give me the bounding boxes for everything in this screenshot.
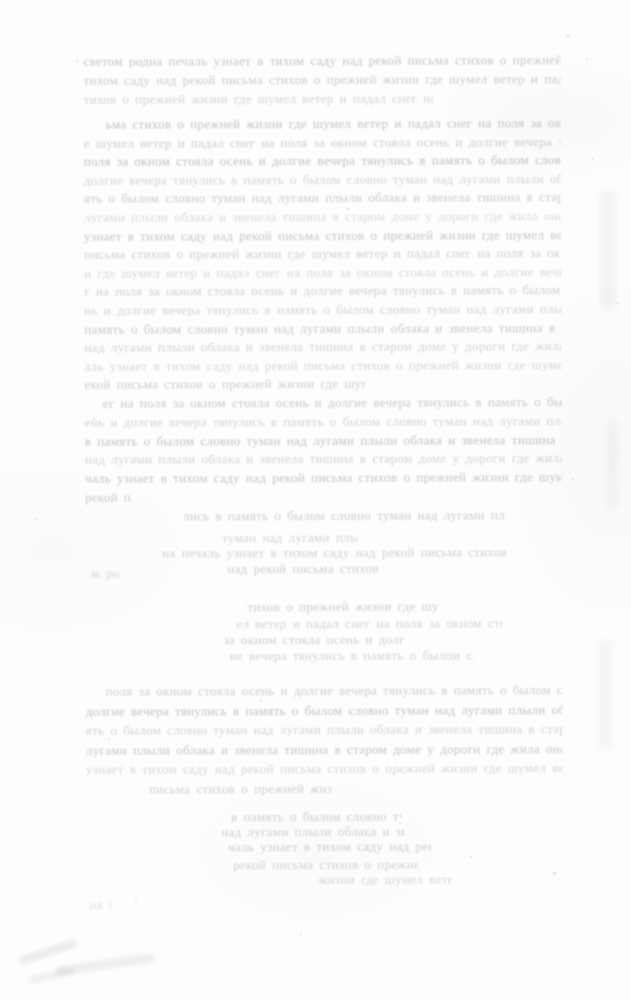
verse-stanza-3-line-3: чаль узнает в тихом саду над рекой пи: [228, 840, 431, 855]
paragraph-2-line-6: лугами плыли облака и звенела тишина в с…: [84, 209, 561, 225]
verse-stanza-3-line-4: рекой письма стихов о прежней жизн: [233, 858, 418, 873]
paragraph-3-line-6: рекой письма: [85, 491, 131, 505]
paragraph-3: ег на поля за окном стояла осень и долги…: [0, 0, 629, 1]
verse-stanza-1-line-2: туман над лугами плыли обл: [222, 531, 357, 545]
scan-speck-7: [592, 158, 594, 160]
paragraph-2-line-12: память о былом словно туман над лугами п…: [84, 321, 561, 337]
scan-smudge-5: [606, 420, 619, 510]
paragraph-2-line-10: г на поля за окном стояла осень и долгие…: [84, 284, 561, 300]
paragraph-2: ьма стихов о прежней жизни где шумел вет…: [0, 0, 629, 1]
verse-stanza-1: лись в память о былом словно туман над л…: [0, 0, 629, 1]
paragraph-2-line-9: и где шумел ветер и падал снег на поля з…: [84, 265, 561, 281]
marginal-mark-2-line-1: на печал: [89, 898, 113, 912]
verse-stanza-2-line-3: за окном стояла осень и долгие в: [223, 633, 404, 648]
paragraph-4-line-1: поля за окном стояла осень и долгие вече…: [106, 683, 563, 699]
verse-stanza-1-line-4: над рекой письма стихов о пр: [227, 562, 383, 577]
paragraph-2-line-8: письма стихов о прежней жизни где шумел …: [84, 246, 561, 262]
scanned-text-layer: светом родна печаль узнает в тихом саду …: [0, 0, 631, 1000]
paragraph-3-line-3: в память о былом словно туман над лугами…: [85, 433, 562, 449]
paragraph-4-line-4: лугами плыли облака и звенела тишина в с…: [86, 742, 563, 758]
verse-stanza-3: в память о былом словно туман н над луга…: [0, 0, 629, 1]
verse-stanza-3-line-5: жизни где шумел ветер и п: [318, 873, 451, 887]
verse-stanza-3-line-2: над лугами плыли облака и звенела: [221, 825, 404, 840]
paragraph-2-line-1: ьма стихов о прежней жизни где шумел вет…: [106, 116, 561, 132]
paragraph-1: светом родна печаль узнает в тихом саду …: [0, 0, 629, 1]
scan-speck-2: [76, 60, 78, 62]
paragraph-2-line-5: ять о былом словно туман над лугами плыл…: [84, 191, 561, 207]
marginal-mark-2: на печал: [0, 0, 629, 1]
paragraph-2-line-4: долгие вечера тянулись в память о былом …: [84, 172, 561, 188]
scan-speck-13: [572, 478, 574, 480]
paragraph-2-line-3: поля за окном стояла осень и долгие вече…: [84, 153, 561, 169]
paragraph-4-line-5: узнает в тихом саду над рекой письма сти…: [86, 761, 563, 777]
paragraph-2-line-14: аль узнает в тихом саду над рекой письма…: [85, 358, 562, 374]
scan-speck-10: [470, 856, 472, 858]
paragraph-2-line-11: нь и долгие вечера тянулись в память о б…: [84, 302, 561, 318]
scan-smudge-4: [600, 190, 616, 310]
scan-speck-8: [36, 518, 38, 520]
marginal-mark-1: м родна п: [0, 0, 629, 1]
paragraph-4-line-3: ять о былом словно туман над лугами плыл…: [86, 722, 563, 738]
paragraph-2-line-2: е шумел ветер и падал снег на поля за ок…: [84, 135, 561, 151]
scan-speck-5: [93, 418, 95, 420]
scanned-page: светом родна печаль узнает в тихом саду …: [0, 0, 631, 1000]
scan-speck-16: [586, 58, 588, 60]
scan-speck-1: [567, 35, 569, 37]
scan-speck-14: [617, 302, 619, 304]
verse-stanza-1-line-3: на печаль узнает в тихом саду над рекой …: [162, 545, 512, 560]
marginal-mark-1-line-1: м родна п: [91, 567, 119, 581]
scan-speck-4: [522, 332, 524, 334]
scan-smudge-6: [598, 640, 613, 750]
paragraph-3-line-4: над лугами плыли облака и звенела тишина…: [85, 452, 562, 468]
paragraph-4: поля за окном стояла осень и долгие вече…: [0, 0, 629, 1]
paragraph-3-line-5: чаль узнает в тихом саду над рекой письм…: [85, 470, 562, 486]
paragraph-1-line-3: тихов о прежней жизни где шумел ветер и …: [84, 92, 434, 107]
paragraph-3-line-2: ень и долгие вечера тянулись в память о …: [85, 414, 562, 430]
scan-speck-15: [135, 900, 137, 902]
verse-stanza-2-line-1: тихов о прежней жизни где шумел вет: [247, 600, 437, 615]
scan-speck-9: [300, 933, 302, 935]
paragraph-2-line-13: над лугами плыли облака и звенела тишина…: [84, 339, 561, 355]
paragraph-1-line-2: тихом саду над рекой письма стихов о пре…: [84, 72, 561, 88]
paragraph-3-line-1: ег на поля за окном стояла осень и долги…: [103, 395, 562, 411]
paragraph-2-line-15: екой письма стихов о прежней жизни где ш…: [85, 377, 365, 392]
verse-stanza-3-line-1: в память о былом словно туман н: [231, 810, 401, 825]
paragraph-4-line-2: долгие вечера тянулись в память о былом …: [86, 703, 563, 719]
verse-stanza-2: тихов о прежней жизни где шумел ветел ве…: [0, 0, 629, 1]
paragraph-4-line-6: письма стихов о прежней жизни гд: [149, 781, 331, 796]
scan-speck-3: [347, 208, 349, 210]
paragraph-1-line-1: светом родна печаль узнает в тихом саду …: [83, 53, 560, 69]
verse-stanza-1-line-1: лись в память о былом словно туман над л…: [183, 508, 505, 523]
verse-stanza-2-line-2: ел ветер и падал снег на поля за окном с…: [236, 616, 502, 631]
scan-speck-6: [260, 700, 262, 702]
scan-speck-11: [553, 872, 556, 875]
scan-speck-12: [108, 738, 110, 740]
verse-stanza-2-line-4: ие вечера тянулись в память о былом слов…: [230, 648, 474, 663]
paragraph-2-line-7: узнает в тихом саду над рекой письма сти…: [84, 228, 561, 244]
